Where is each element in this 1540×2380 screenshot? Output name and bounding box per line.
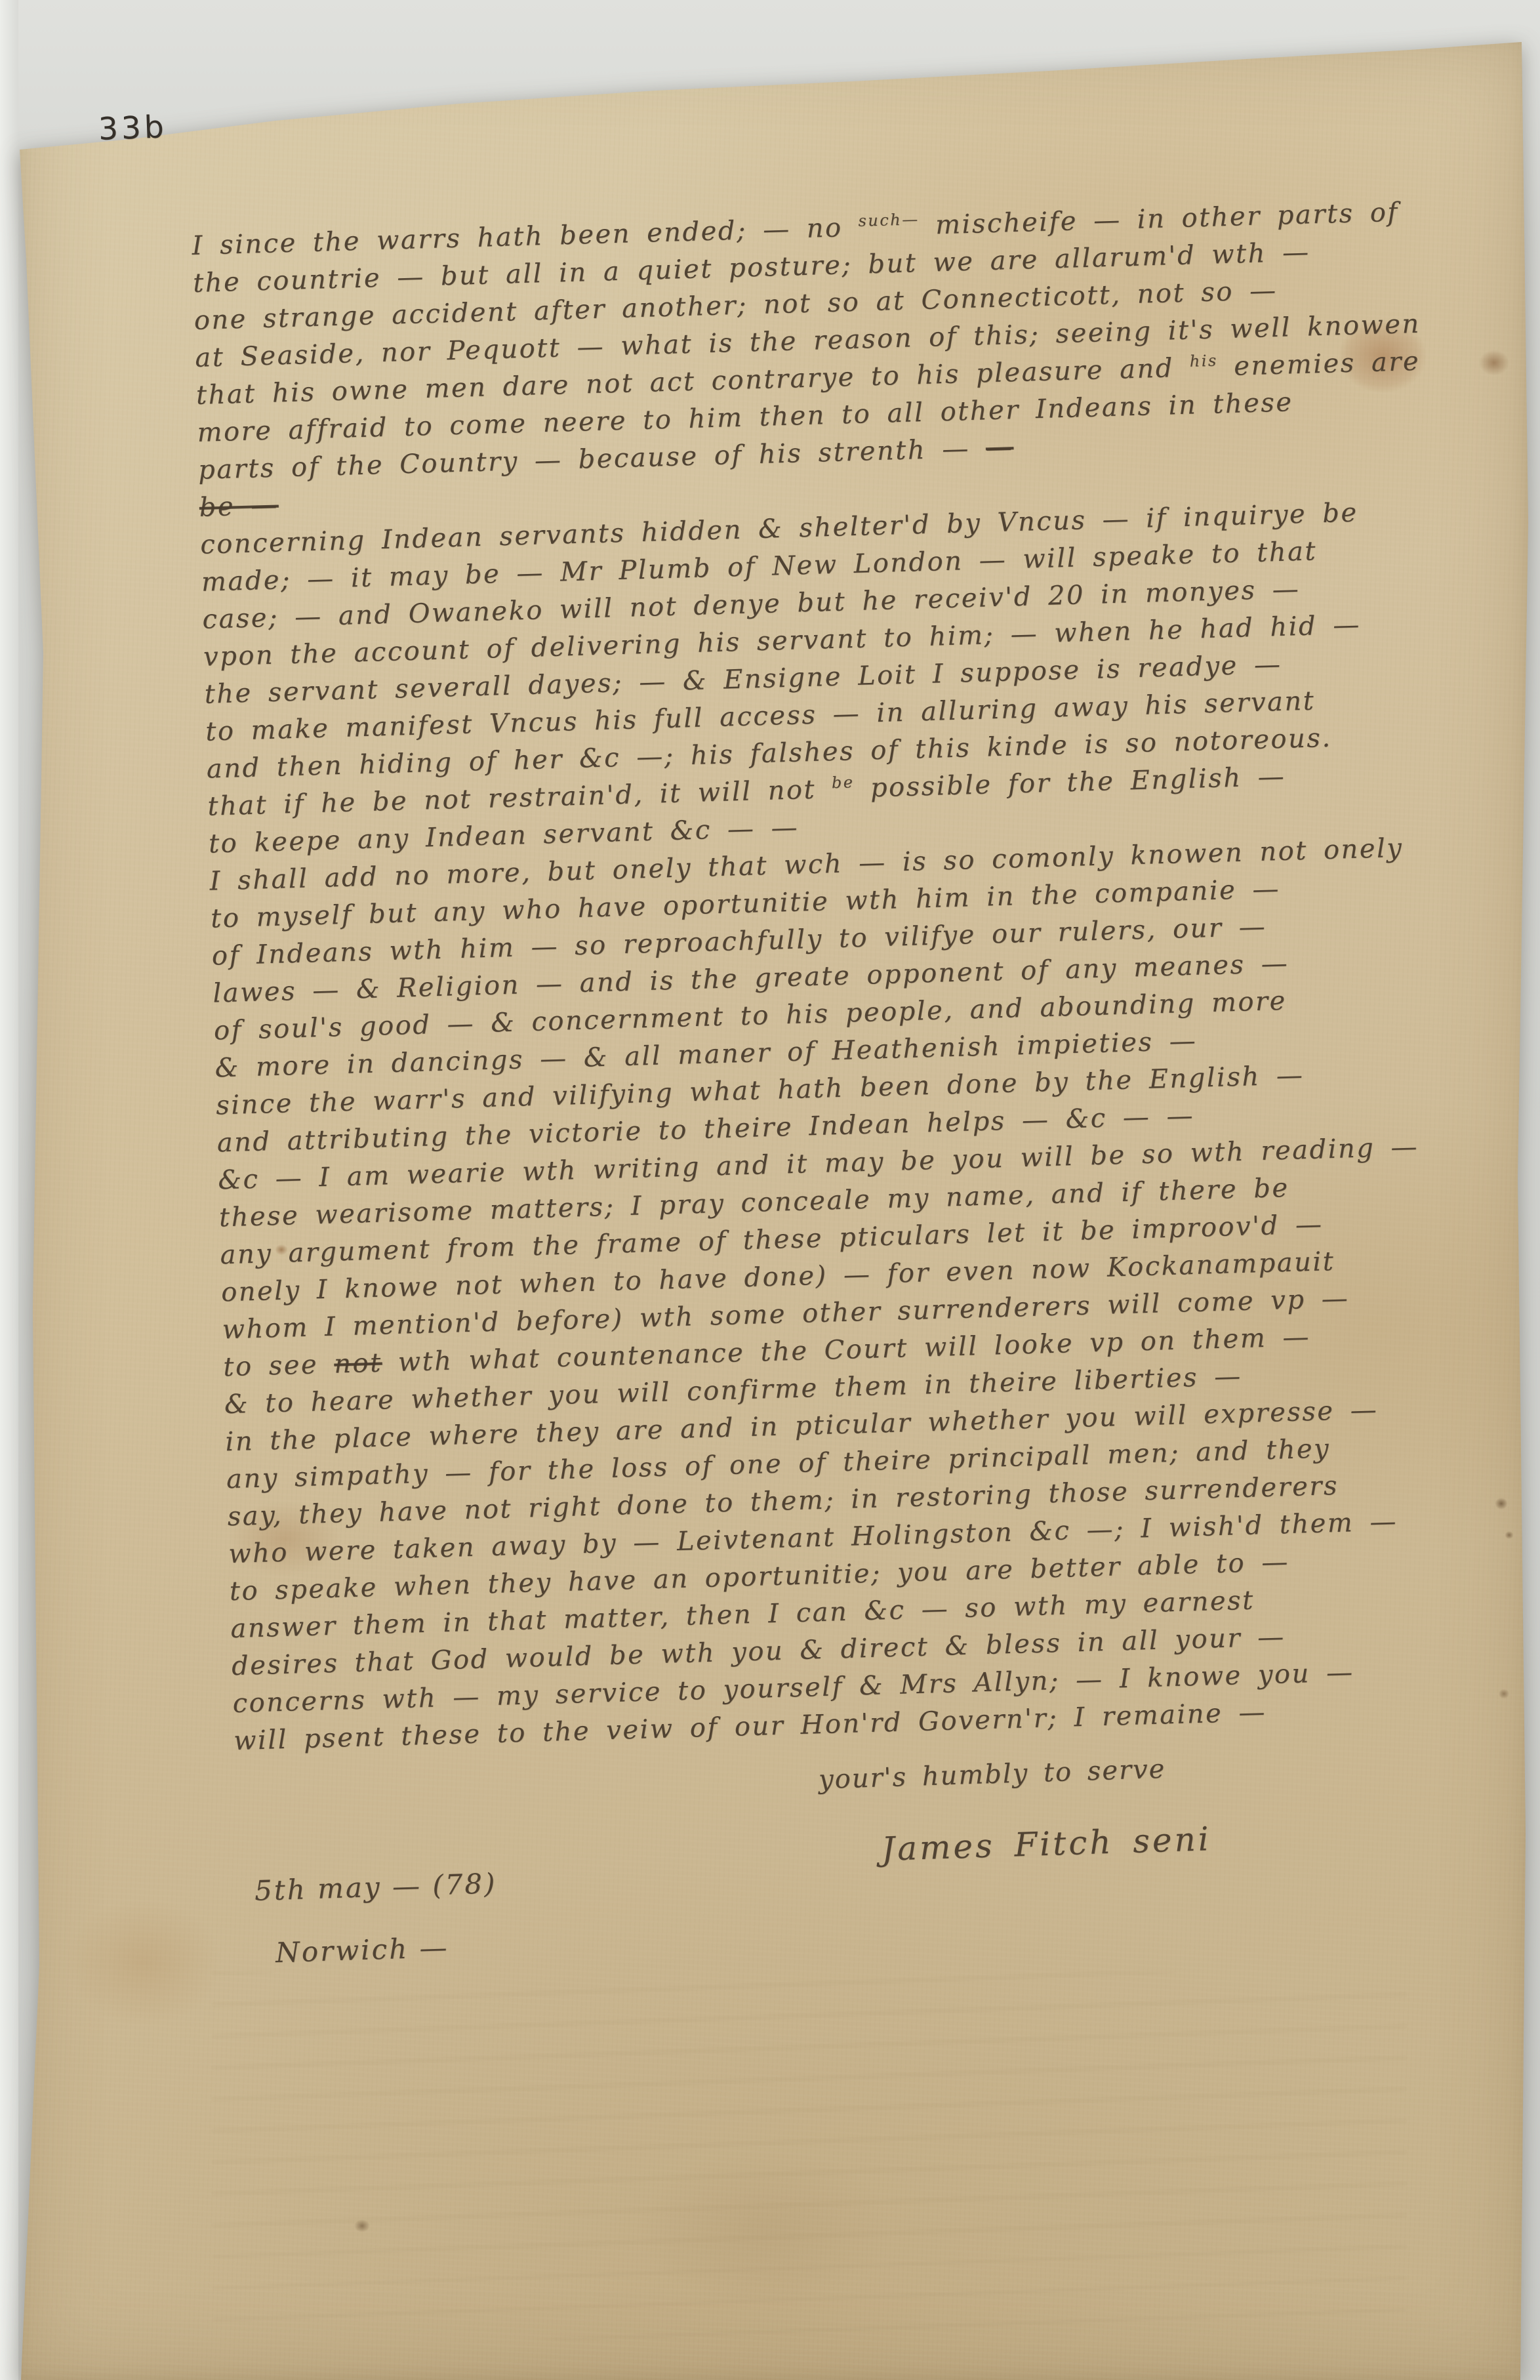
manuscript-text: I since the warrs hath been ended; — no … — [192, 194, 1540, 1763]
ink-bleedthrough — [213, 1972, 1406, 2339]
folio-number: 33b — [98, 109, 167, 148]
dateline-place: Norwich — — [275, 1931, 449, 1969]
